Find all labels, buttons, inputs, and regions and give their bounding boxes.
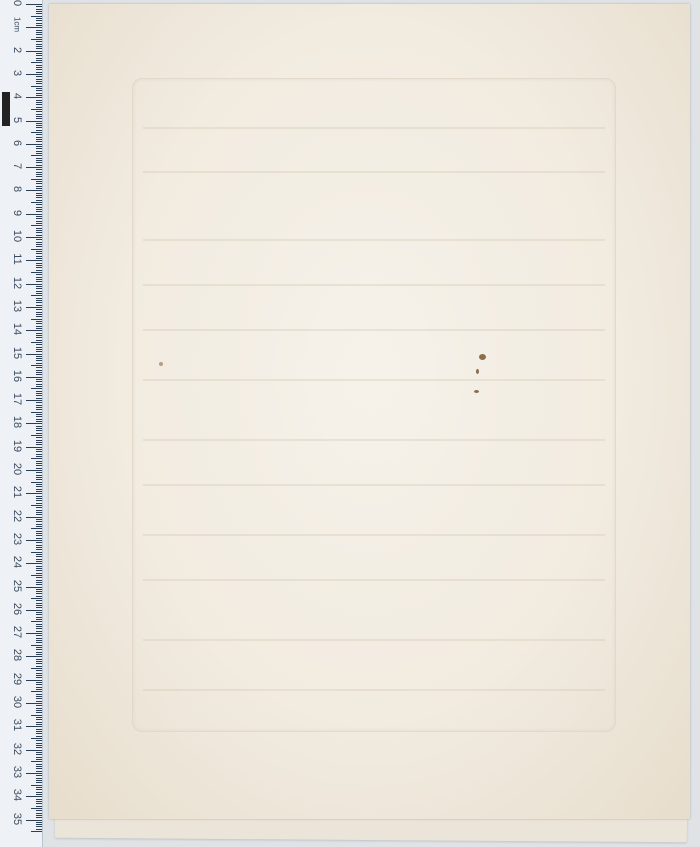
ruler-tick <box>36 13 42 14</box>
ruler-tick <box>36 426 42 427</box>
ruler-tick <box>36 256 42 257</box>
ruler-tick <box>36 719 42 720</box>
ruler-tick <box>31 86 42 87</box>
ruler-tick <box>36 489 42 490</box>
ruler-tick <box>36 209 42 210</box>
ruler-tick <box>36 211 42 212</box>
ruler-number: 23 <box>11 528 23 550</box>
ruler-tick <box>36 535 42 536</box>
ruler-tick <box>36 279 42 280</box>
ruler-tick <box>36 461 42 462</box>
ruler-tick <box>36 454 42 455</box>
ruler-tick <box>36 824 42 825</box>
ruler-tick <box>26 260 42 261</box>
ruler-tick <box>26 820 42 821</box>
ruler-tick <box>36 398 42 399</box>
ruler-tick <box>36 577 42 578</box>
ruler-tick <box>36 363 42 364</box>
ruler-tick <box>26 773 42 774</box>
ruler-tick <box>36 104 42 105</box>
ruler-tick <box>36 442 42 443</box>
ruler-tick <box>36 626 42 627</box>
ruler-tick <box>36 731 42 732</box>
ruler-tick <box>36 614 42 615</box>
ruler-tick <box>31 645 42 646</box>
ruler-tick <box>31 785 42 786</box>
ruler-tick <box>31 225 42 226</box>
ruler-tick <box>36 736 42 737</box>
ruler-tick <box>36 782 42 783</box>
ruler-tick <box>36 116 42 117</box>
ruler-tick <box>36 500 42 501</box>
ruler-tick <box>36 582 42 583</box>
ruler-number: 5 <box>11 109 23 131</box>
ruler-tick <box>36 775 42 776</box>
ruler-tick <box>36 768 42 769</box>
ruler-tick <box>36 684 42 685</box>
ruler-tick <box>36 20 42 21</box>
ruler-tick <box>36 803 42 804</box>
ruler-tick <box>36 701 42 702</box>
ruler-tick <box>36 125 42 126</box>
ruler-tick <box>36 603 42 604</box>
ruler-tick <box>36 111 42 112</box>
ruler-number: 25 <box>11 575 23 597</box>
ruler-tick <box>36 351 42 352</box>
ruler-tick <box>36 810 42 811</box>
ruler-tick <box>26 680 42 681</box>
ruler-tick <box>36 44 42 45</box>
ruler-tick <box>26 493 42 494</box>
ruler-tick <box>31 295 42 296</box>
ruler-tick <box>36 468 42 469</box>
ruler-tick <box>36 218 42 219</box>
ruler-tick <box>26 587 42 588</box>
ruler-number: 16 <box>11 365 23 387</box>
ruler-tick <box>36 48 42 49</box>
ruler-tick <box>36 25 42 26</box>
ruler-tick <box>36 137 42 138</box>
ruler-tick <box>36 510 42 511</box>
ruler-tick <box>36 652 42 653</box>
ruler-tick <box>36 549 42 550</box>
ruler-tick <box>36 83 42 84</box>
ruler-tick <box>36 826 42 827</box>
ruler-tick <box>36 186 42 187</box>
ruler-tick <box>36 134 42 135</box>
ruler-tick <box>36 666 42 667</box>
ruler-number: 26 <box>11 598 23 620</box>
ruler-tick <box>36 165 42 166</box>
ruler-tick <box>26 517 42 518</box>
ruler-tick <box>36 69 42 70</box>
ruler-tick <box>36 360 42 361</box>
ruler-tick <box>36 705 42 706</box>
ruler-tick <box>36 253 42 254</box>
ruler-tick <box>26 540 42 541</box>
ruler-tick <box>36 193 42 194</box>
ruler-tick <box>36 335 42 336</box>
ruler-tick <box>26 656 42 657</box>
ruler-tick <box>36 421 42 422</box>
ruler-tick <box>36 591 42 592</box>
ruler-tick <box>36 349 42 350</box>
ruler-tick <box>31 342 42 343</box>
ruler-tick <box>36 661 42 662</box>
ruler-number: 18 <box>11 411 23 433</box>
ruler-tick <box>36 654 42 655</box>
ruler-number: 0 <box>11 0 23 14</box>
ruler-tick <box>36 340 42 341</box>
ruler-tick <box>36 596 42 597</box>
ruler-tick <box>36 298 42 299</box>
ruler-tick <box>36 148 42 149</box>
ruler-tick <box>36 65 42 66</box>
ruler-tick <box>36 433 42 434</box>
ruler-tick <box>26 27 42 28</box>
ruler-tick <box>36 428 42 429</box>
ruler-tick <box>31 132 42 133</box>
ruler-tick <box>36 638 42 639</box>
ruler-tick <box>31 738 42 739</box>
ruler-tick <box>36 223 42 224</box>
ruler-tick <box>26 377 42 378</box>
ruler-tick <box>36 393 42 394</box>
ruler-tick <box>36 635 42 636</box>
ruler-tick <box>36 291 42 292</box>
ruler-tick <box>36 531 42 532</box>
ruler-tick <box>36 757 42 758</box>
ruler-tick <box>36 207 42 208</box>
ruler-tick <box>36 600 42 601</box>
ruler-tick <box>36 242 42 243</box>
foxing-stain <box>479 354 486 360</box>
ruler-tick <box>36 677 42 678</box>
ruler-tick <box>36 694 42 695</box>
ruler-tick <box>36 607 42 608</box>
ruler-tick <box>36 503 42 504</box>
ruler-tick <box>36 323 42 324</box>
ruler-tick <box>36 526 42 527</box>
ruler-tick <box>36 321 42 322</box>
ruler-tick <box>31 761 42 762</box>
ruler-tick <box>36 32 42 33</box>
ruler-tick <box>36 463 42 464</box>
ruler-tick <box>36 263 42 264</box>
ruler-number: 17 <box>11 388 23 410</box>
ruler-tick <box>36 663 42 664</box>
ruler-tick <box>36 288 42 289</box>
ruler-number: 12 <box>11 272 23 294</box>
ruler-tick <box>36 479 42 480</box>
ruler-tick <box>36 815 42 816</box>
ruler-tick <box>36 708 42 709</box>
ruler-tick <box>36 712 42 713</box>
ruler-tick <box>31 388 42 389</box>
ruler-tick <box>36 30 42 31</box>
ruler-number: 15 <box>11 342 23 364</box>
ruler-tick <box>36 584 42 585</box>
ruler-tick <box>36 437 42 438</box>
ruler-number: 13 <box>11 295 23 317</box>
ruler-tick <box>36 274 42 275</box>
ruler-tick <box>36 141 42 142</box>
ruler-tick <box>36 79 42 80</box>
ruler-tick <box>36 195 42 196</box>
ruler-tick <box>36 670 42 671</box>
ruler-tick <box>36 37 42 38</box>
ruler-tick <box>26 144 42 145</box>
ruler-tick <box>36 228 42 229</box>
paper-sheet <box>49 4 690 819</box>
ruler-tick <box>31 621 42 622</box>
ruler-tick <box>31 575 42 576</box>
ruler-tick <box>26 470 42 471</box>
ruler-number: 21 <box>11 481 23 503</box>
ruler-tick <box>36 160 42 161</box>
ruler-tick <box>36 759 42 760</box>
ruler-tick <box>36 484 42 485</box>
ruler-number: 7 <box>11 155 23 177</box>
ruler-tick <box>36 107 42 108</box>
ruler-tick <box>26 447 42 448</box>
ruler-tick <box>36 743 42 744</box>
ruler-tick <box>36 176 42 177</box>
ruler-tick <box>36 316 42 317</box>
ruler-number: 11 <box>11 248 23 270</box>
ruler-tick <box>36 197 42 198</box>
ruler-tick <box>36 267 42 268</box>
ruler-number: 9 <box>11 202 23 224</box>
ruler-tick <box>31 155 42 156</box>
ruler-number: 28 <box>11 644 23 666</box>
ruler-tick <box>36 216 42 217</box>
ruler-tick <box>36 414 42 415</box>
ruler-number: 34 <box>11 784 23 806</box>
ruler-tick <box>36 570 42 571</box>
ruler-tick <box>26 563 42 564</box>
ruler-tick <box>31 552 42 553</box>
ruler-tick <box>36 547 42 548</box>
ruler-tick <box>36 162 42 163</box>
ruler-tick <box>31 668 42 669</box>
ruler-number: 14 <box>11 318 23 340</box>
ruler-tick <box>36 11 42 12</box>
ruler-tick <box>36 95 42 96</box>
ruler-tick <box>36 698 42 699</box>
ruler-tick <box>36 239 42 240</box>
ruler-tick <box>36 612 42 613</box>
ruler-tick <box>36 374 42 375</box>
ruler-number: 8 <box>11 178 23 200</box>
ruler-number: 31 <box>11 714 23 736</box>
ruler-tick <box>36 605 42 606</box>
ruler-tick <box>36 801 42 802</box>
ruler-tick <box>26 400 42 401</box>
ruler-tick <box>36 286 42 287</box>
ruler-tick <box>36 300 42 301</box>
ruler-tick <box>36 183 42 184</box>
ruler-tick <box>36 114 42 115</box>
ruler-tick <box>36 689 42 690</box>
ruler-tick <box>26 307 42 308</box>
ruler-tick <box>31 319 42 320</box>
ruler-tick <box>36 347 42 348</box>
ruler-tick <box>36 55 42 56</box>
ruler-tick <box>36 102 42 103</box>
ruler-tick <box>36 34 42 35</box>
ruler-tick <box>36 580 42 581</box>
ruler-tick <box>36 367 42 368</box>
ruler-tick <box>36 771 42 772</box>
foxing-stain <box>474 390 479 393</box>
ruler-tick <box>36 545 42 546</box>
ruler-tick <box>36 333 42 334</box>
ruler-tick <box>36 232 42 233</box>
ruler-tick <box>36 67 42 68</box>
ruler-tick <box>36 573 42 574</box>
ruler-tick <box>36 81 42 82</box>
ruler-tick <box>36 93 42 94</box>
ruler-tick <box>36 395 42 396</box>
ruler-tick <box>26 74 42 75</box>
ruler-tick <box>36 649 42 650</box>
ruler-tick <box>31 831 42 832</box>
ruler-tick <box>36 419 42 420</box>
ruler-tick <box>36 472 42 473</box>
ruler-number: 10 <box>11 225 23 247</box>
ruler-tick <box>36 391 42 392</box>
ruler-tick <box>36 18 42 19</box>
centimeter-ruler: 01cm234567891011121314151617181920212223… <box>0 0 43 847</box>
ruler-tick <box>36 533 42 534</box>
ruler-tick <box>36 747 42 748</box>
ruler-tick <box>26 726 42 727</box>
ruler-tick <box>36 729 42 730</box>
ruler-tick <box>36 561 42 562</box>
ruler-tick <box>36 752 42 753</box>
ruler-tick <box>36 554 42 555</box>
ruler-tick <box>36 745 42 746</box>
ruler-tick <box>36 780 42 781</box>
ruler-tick <box>36 146 42 147</box>
ruler-tick <box>31 505 42 506</box>
ruler-tick <box>31 179 42 180</box>
ruler-number: 2 <box>11 39 23 61</box>
ruler-number: 30 <box>11 691 23 713</box>
ruler-tick <box>36 416 42 417</box>
ruler-tick <box>36 6 42 7</box>
ruler-tick <box>36 90 42 91</box>
ruler-tick <box>36 813 42 814</box>
ruler-tick <box>36 379 42 380</box>
ruler-tick <box>36 402 42 403</box>
ruler-tick <box>36 524 42 525</box>
ruler-number: 4 <box>11 85 23 107</box>
ruler-tick <box>36 675 42 676</box>
ruler-tick <box>36 794 42 795</box>
ruler-tick <box>36 647 42 648</box>
ruler-tick <box>36 23 42 24</box>
ruler-tick <box>31 808 42 809</box>
ruler-tick <box>36 407 42 408</box>
ruler-tick <box>36 372 42 373</box>
ruler-tick <box>36 251 42 252</box>
ruler-tick <box>36 244 42 245</box>
ruler-tick <box>31 528 42 529</box>
ruler-tick <box>36 312 42 313</box>
ruler-tick <box>36 46 42 47</box>
ruler-tick <box>36 764 42 765</box>
ruler-tick <box>31 272 42 273</box>
ruler-tick <box>36 41 42 42</box>
ruler-tick <box>36 151 42 152</box>
ruler-tick <box>36 754 42 755</box>
ruler-tick <box>36 568 42 569</box>
ruler-tick <box>36 475 42 476</box>
ruler-tick <box>36 589 42 590</box>
ruler-tick <box>36 358 42 359</box>
ruler-tick <box>26 121 42 122</box>
ruler-tick <box>36 118 42 119</box>
ruler-tick <box>36 451 42 452</box>
ruler-tick <box>36 787 42 788</box>
ruler-tick <box>26 190 42 191</box>
ruler-tick <box>36 356 42 357</box>
ruler-tick <box>26 703 42 704</box>
ruler-tick <box>36 829 42 830</box>
ruler-tick <box>36 593 42 594</box>
ruler-tick <box>26 284 42 285</box>
ruler-tick <box>36 465 42 466</box>
ruler-tick <box>36 405 42 406</box>
ruler-tick <box>36 277 42 278</box>
ruler-tick <box>36 309 42 310</box>
ruler-tick <box>36 566 42 567</box>
ruler-tick <box>36 673 42 674</box>
ruler-tick <box>36 496 42 497</box>
ruler-tick <box>36 305 42 306</box>
ruler-tick <box>36 246 42 247</box>
ruler-tick <box>36 384 42 385</box>
ruler-tick <box>36 512 42 513</box>
ruler-tick <box>36 477 42 478</box>
ruler-tick <box>36 130 42 131</box>
ruler-tick <box>31 412 42 413</box>
ruler-tick <box>36 326 42 327</box>
ruler-tick <box>36 640 42 641</box>
ruler-number: 24 <box>11 551 23 573</box>
ruler-tick <box>36 328 42 329</box>
ruler-tick <box>36 386 42 387</box>
ruler-tick <box>26 610 42 611</box>
ruler-tick <box>36 337 42 338</box>
ruler-tick <box>36 822 42 823</box>
ruler-tick <box>36 230 42 231</box>
ruler-tick <box>36 430 42 431</box>
ruler-tick <box>36 123 42 124</box>
ruler-number: 33 <box>11 761 23 783</box>
ruler-tick <box>36 519 42 520</box>
ruler-tick <box>36 514 42 515</box>
ruler-tick <box>31 109 42 110</box>
ruler-tick <box>36 682 42 683</box>
ruler-tick <box>36 449 42 450</box>
ruler-tick <box>36 486 42 487</box>
ruler-tick <box>36 456 42 457</box>
ruler-tick <box>36 181 42 182</box>
ruler-tick <box>26 750 42 751</box>
